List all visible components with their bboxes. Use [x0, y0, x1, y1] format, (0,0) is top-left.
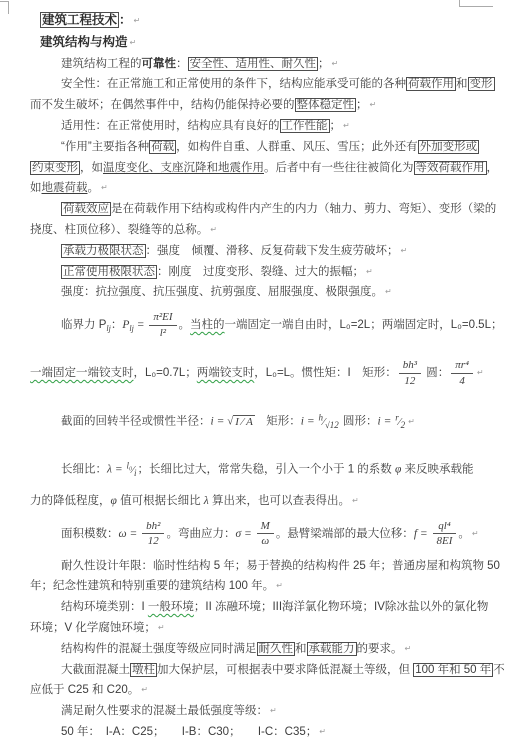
text-line: 如地震荷载。↵ — [30, 178, 491, 199]
fraction-numerator: πr⁴ — [451, 358, 473, 373]
text-run: 年；纪念性建筑和特别重要的建筑结构 100 年。 — [30, 580, 274, 592]
highlighted-term: 整体稳定性 — [295, 98, 357, 112]
text-run: ； — [356, 99, 368, 111]
text-run: 如 — [30, 182, 42, 194]
formula-fraction: πr⁴4 — [451, 358, 473, 388]
text-run: 。 — [179, 319, 191, 331]
text-run: = — [134, 319, 148, 331]
text-line: 结构构件的混凝土强度等级应同时满足耐久性和承载能力的要求。↵ — [30, 639, 491, 660]
paragraph-mark-icon: ↵ — [385, 287, 392, 296]
fraction-denominator: √12 — [325, 420, 339, 430]
paragraph-mark-icon: ↵ — [352, 496, 359, 505]
highlighted-term: 变形 — [468, 77, 495, 91]
fraction-numerator: ql⁴ — [433, 519, 457, 534]
text-line: 大截面混凝土墩柱加大保护层，可根据表中要求降低混凝土等级，但 100 年和 50… — [30, 660, 491, 681]
formula-slash-fraction: r⁄2 — [395, 416, 405, 428]
paragraph-mark-icon: ↵ — [101, 183, 108, 192]
text-line: 而不发生破坏；在偶然事件中，结构仍能保持必要的整体稳定性；↵ — [30, 95, 491, 116]
fraction-numerator: bh³ — [399, 358, 421, 373]
paragraph-mark-icon: ↵ — [276, 581, 283, 590]
text-run: 圆形： — [340, 416, 378, 428]
highlighted-term: 荷载效应 — [61, 202, 111, 216]
text-run: λ = — [107, 464, 126, 476]
paragraph-mark-icon: ↵ — [158, 623, 165, 632]
text-run: 不 — [493, 664, 505, 676]
text-line: 约束变形，如温度变化、支座沉降和地震作用。后者中有一些往往被简化为等效荷载作用， — [30, 158, 491, 179]
text-run: ； — [318, 58, 330, 70]
text-run: 临界力 P — [61, 319, 106, 331]
text-run: ，如 — [80, 162, 103, 174]
text-line: 应低于 C25 和 C20。↵ — [30, 680, 491, 701]
text-run: 应低于 C25 和 C20。 — [30, 684, 139, 696]
text-line: 建筑结构与构造↵ — [30, 32, 491, 54]
text-run: 安全性：在正常施工和正常使用的条件下，结构应能承受可能的各种 — [61, 78, 406, 90]
fraction-denominator: 12 — [142, 534, 164, 548]
text-line: 正常使用极限状态：刚度 过度变形、裂缝、过大的振幅；↵ — [30, 262, 491, 283]
text-run: “作用”主要指各种 — [61, 141, 149, 153]
text-run: 当柱的 — [190, 319, 225, 331]
paragraph-mark-icon: ↵ — [401, 246, 408, 255]
text-run: 两端铰支时 — [197, 367, 255, 379]
text-line: 挠度、柱顶位移）、裂缝等的总称。↵ — [30, 220, 491, 241]
text-run: 可靠性 — [142, 58, 177, 70]
text-run: 挠度、柱顶位移）、裂缝等的总称。 — [30, 224, 208, 236]
text-run: 建筑结构与构造 — [40, 35, 128, 49]
text-line: 耐久性设计年限：临时性结构 5 年；易于替换的结构构件 25 年；普通房屋和构筑… — [30, 556, 491, 577]
text-run: 加大保护层，可根据表中要求降低混凝土等级，但 — [157, 664, 413, 676]
highlighted-term: 承载力极限状态 — [61, 244, 146, 258]
text-run: 满足耐久性要求的混凝土最低强度等级： — [61, 705, 268, 717]
text-run: f = — [414, 528, 431, 540]
text-run: 值可根据长细比 — [117, 495, 204, 507]
text-run: 结构构件的混凝土强度等级应同时满足 — [61, 643, 257, 655]
text-run: 结构环境类别：I — [61, 601, 148, 613]
text-line: 建筑工程技术：↵ — [30, 10, 491, 32]
text-run: ： — [176, 58, 188, 70]
text-run: 矩形： — [255, 416, 301, 428]
text-line: 适用性：在正常使用时，结构应具有良好的工作性能；↵ — [30, 116, 491, 137]
text-run: 长细比： — [61, 464, 107, 476]
paragraph-mark-icon: ↵ — [141, 685, 148, 694]
text-run: 一端固定一端自由时，L₀=2L；两端固定时，L₀=0.5L； — [225, 319, 503, 331]
fraction-denominator: i — [134, 468, 137, 478]
crop-mark-top-left-icon — [0, 1, 9, 14]
fraction-denominator: l² — [149, 326, 176, 340]
text-run: ；II 冻融环境；III海洋氯化物环境；IV除冰盐以外的氯化物 — [194, 601, 489, 613]
text-run: ： — [119, 13, 132, 27]
text-run: 温度变化、支座沉降和地震作用 — [103, 162, 264, 174]
formula-square-root: √I ⁄ A — [227, 415, 255, 428]
text-line: 长细比：λ = l₀⁄i；长细比过大，常常失稳，引入一个小于 1 的系数 φ 来… — [30, 447, 491, 491]
fraction-denominator: 4 — [451, 374, 473, 388]
text-run: ：强度 倾覆、滑移、反复荷载下发生疲劳破坏； — [146, 245, 399, 257]
formula-fraction: π²EIl² — [149, 310, 176, 340]
text-line: 面积模数：ω = bh²12。弯曲应力：σ = Mω。悬臂梁端部的最大位移：f … — [30, 512, 491, 556]
highlighted-term: 安全性、适用性、耐久性 — [188, 57, 319, 71]
text-run: 圆： — [423, 367, 449, 379]
fraction-numerator: π²EI — [149, 310, 176, 325]
text-run: 。 — [88, 182, 100, 194]
text-run: 面积模数： — [61, 528, 119, 540]
highlighted-term: 约束变形 — [30, 161, 80, 175]
highlighted-term: 外加变形或 — [418, 140, 480, 154]
text-run: 。弯曲应力： — [166, 528, 235, 540]
text-run: i = — [301, 416, 318, 428]
text-run: 适用性：在正常使用时，结构应具有良好的 — [61, 120, 280, 132]
text-line: 结构环境类别：I 一般环境；II 冻融环境；III海洋氯化物环境；IV除冰盐以外… — [30, 597, 491, 618]
text-run: 截面的回转半径或惯性半径： — [61, 416, 211, 428]
text-run: 的要求。 — [357, 643, 403, 655]
highlighted-term: 正常使用极限状态 — [61, 265, 157, 279]
text-run: ； — [330, 120, 342, 132]
paragraph-mark-icon: ↵ — [210, 225, 217, 234]
text-run: 。后者中有一些往往被简化为 — [264, 162, 414, 174]
fraction-denominator: ω — [257, 534, 274, 548]
fraction-denominator: 2 — [401, 420, 406, 430]
paragraph-mark-icon: ↵ — [343, 121, 350, 130]
text-run: 一端固定一端铰支时 — [30, 367, 134, 379]
text-line: 建筑结构工程的可靠性：安全性、适用性、耐久性；↵ — [30, 54, 491, 75]
text-line: 环境；V 化学腐蚀环境；↵ — [30, 618, 491, 639]
fraction-numerator: M — [257, 519, 274, 534]
text-run: ： — [111, 319, 123, 331]
highlighted-term: 工作性能 — [280, 119, 330, 133]
document-body: 建筑工程技术：↵建筑结构与构造↵建筑结构工程的可靠性：安全性、适用性、耐久性；↵… — [30, 10, 491, 743]
text-line: 强度：抗拉强度、抗压强度、抗剪强度、屈服强度、极限强度。↵ — [30, 282, 491, 303]
text-run: 强度：抗拉强度、抗压强度、抗剪强度、屈服强度、极限强度。 — [61, 286, 383, 298]
text-line: 满足耐久性要求的混凝土最低强度等级：↵ — [30, 701, 491, 722]
text-run: 一般环境 — [148, 601, 194, 613]
text-line: 50 年： I-A：C25； I-B：C30； I-C：C35；↵ — [30, 722, 491, 743]
text-run: 和 — [456, 78, 468, 90]
paragraph-mark-icon: ↵ — [366, 267, 373, 276]
text-run: 和 — [295, 643, 307, 655]
paragraph-mark-icon: ↵ — [370, 100, 377, 109]
highlighted-term: 承载能力 — [307, 642, 357, 656]
document-page: 建筑工程技术：↵建筑结构与构造↵建筑结构工程的可靠性：安全性、适用性、耐久性；↵… — [0, 0, 517, 743]
text-run: ：刚度 过度变形、裂缝、过大的振幅； — [157, 266, 364, 278]
highlighted-term: 等效荷载作用 — [414, 161, 487, 175]
text-run: ，L₀=L。惯性矩：I 矩形： — [254, 367, 396, 379]
text-run: 。悬臂梁端部的最大位移： — [276, 528, 414, 540]
text-run: 。 — [458, 528, 470, 540]
text-run: ；长细比过大，常常失稳，引入一个小于 1 的系数 — [138, 464, 395, 476]
text-run: ， — [487, 162, 499, 174]
paragraph-mark-icon: ↵ — [130, 38, 137, 47]
text-run: 来反映承载能 — [401, 464, 473, 476]
text-line: 一端固定一端铰支时，L₀=0.7L；两端铰支时，L₀=L。惯性矩：I 矩形：bh… — [30, 351, 491, 395]
formula-slash-fraction: l₀⁄i — [127, 464, 137, 476]
text-line: 临界力 Plj：Plj = π²EIl²。当柱的一端固定一端自由时，L₀=2L；… — [30, 303, 491, 351]
text-line: 力的降低程度，φ 值可根据长细比 λ 算出来，也可以查表得出。↵ — [30, 491, 491, 512]
formula-fraction: ql⁴8EI — [433, 519, 457, 549]
formula-fraction: Mω — [257, 519, 274, 549]
text-run: 是在荷载作用下结构或构件内产生的内力（轴力、剪力、弯矩）、变形（梁的 — [111, 203, 496, 215]
formula-fraction: bh³12 — [399, 358, 421, 388]
text-run: 建筑结构工程的 — [61, 58, 142, 70]
paragraph-mark-icon: ↵ — [332, 59, 339, 68]
text-run: 耐久性设计年限：临时性结构 5 年；易于替换的结构构件 25 年；普通房屋和构筑… — [61, 560, 500, 572]
text-line: 安全性：在正常施工和正常使用的条件下，结构应能承受可能的各种荷载作用和变形 — [30, 74, 491, 95]
text-run: 环境；V 化学腐蚀环境； — [30, 622, 156, 634]
paragraph-mark-icon: ↵ — [472, 529, 479, 538]
highlighted-term: 100 年和 50 年 — [413, 663, 493, 677]
text-run: i = — [211, 416, 228, 428]
text-run: 算出来，也可以查表得出。 — [209, 495, 350, 507]
highlighted-term: 墩柱 — [130, 663, 157, 677]
text-run: ，L₀=0.7L； — [134, 367, 197, 379]
fraction-numerator: bh² — [142, 519, 164, 534]
text-run: 50 年： I-A：C25； I-B：C30； I-C：C35； — [61, 726, 317, 738]
text-run: 大截面混凝土 — [61, 664, 130, 676]
paragraph-mark-icon: ↵ — [319, 727, 326, 736]
text-line: “作用”主要指各种荷载，如构件自重、人群重、风压、雪压；此外还有外加变形或 — [30, 137, 491, 158]
paragraph-mark-icon: ↵ — [270, 706, 277, 715]
crop-mark-top-right-icon — [459, 0, 493, 7]
highlighted-term: 建筑工程技术 — [40, 12, 119, 28]
radicand: I ⁄ A — [233, 415, 255, 428]
text-run: 而不发生破坏；在偶然事件中，结构仍能保持必要的 — [30, 99, 295, 111]
text-line: 荷载效应是在荷载作用下结构或构件内产生的内力（轴力、剪力、弯矩）、变形（梁的 — [30, 199, 491, 220]
text-run: σ = — [235, 528, 254, 540]
text-run: 力的降低程度， — [30, 495, 111, 507]
text-line: 承载力极限状态：强度 倾覆、滑移、反复荷载下发生疲劳破坏；↵ — [30, 241, 491, 262]
fraction-denominator: 8EI — [433, 534, 457, 548]
highlighted-term: 耐久性 — [257, 642, 296, 656]
paragraph-mark-icon: ↵ — [408, 417, 415, 426]
highlighted-term: 荷载作用 — [406, 77, 456, 91]
fraction-denominator: 12 — [399, 374, 421, 388]
text-run: 地震荷载 — [42, 182, 88, 194]
text-run: i = — [378, 416, 395, 428]
paragraph-mark-icon: ↵ — [477, 368, 484, 377]
formula-slash-fraction: h⁄√12 — [319, 416, 339, 428]
paragraph-mark-icon: ↵ — [405, 644, 412, 653]
text-run: ω = — [119, 528, 141, 540]
paragraph-mark-icon: ↵ — [134, 16, 141, 25]
text-line: 年；纪念性建筑和特别重要的建筑结构 100 年。↵ — [30, 576, 491, 597]
text-run: ，如构件自重、人群重、风压、雪压；此外还有 — [176, 141, 418, 153]
text-line: 截面的回转半径或惯性半径：i = √I ⁄ A 矩形：i = h⁄√12 圆形：… — [30, 395, 491, 447]
formula-fraction: bh²12 — [142, 519, 164, 549]
highlighted-term: 荷载 — [149, 140, 176, 154]
